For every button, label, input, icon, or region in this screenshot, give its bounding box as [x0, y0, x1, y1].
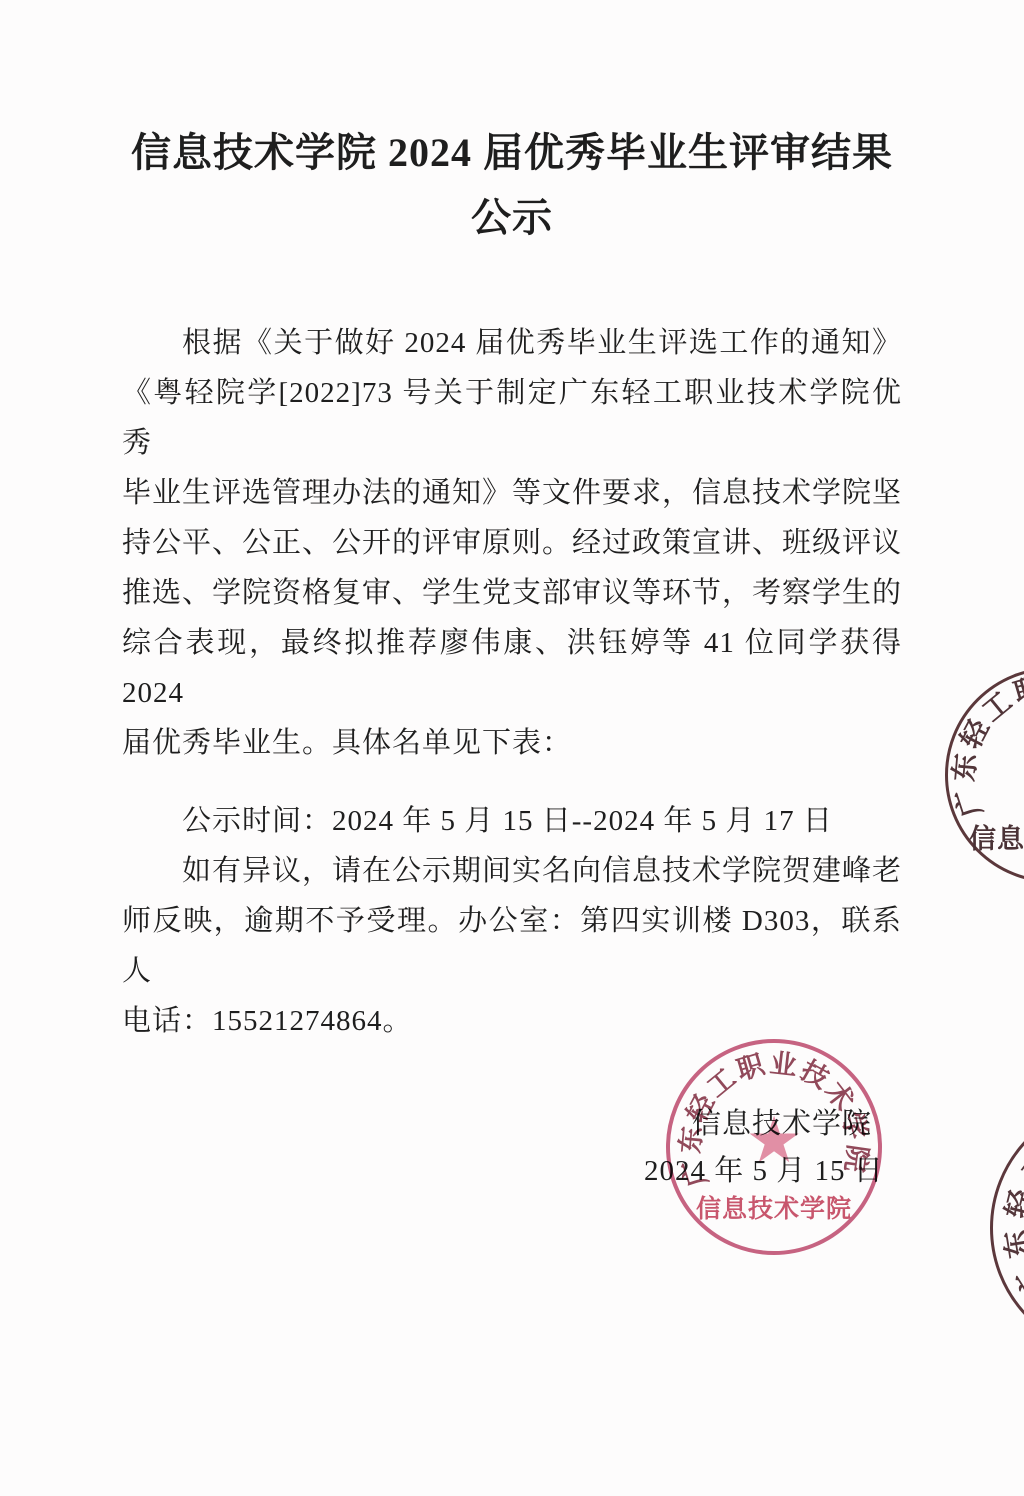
body-line: 届优秀毕业生。具体名单见下表：: [122, 718, 902, 768]
publicity-period: 公示时间：2024 年 5 月 15 日--2024 年 5 月 17 日: [122, 796, 902, 846]
partial-seal-right: 广东轻工职业技术学院 ★ 信息技术学院: [945, 667, 1024, 883]
body-line: 持公平、公正、公开的评审原则。经过政策宣讲、班级评议: [122, 518, 902, 568]
seal-inner-label: 信息技术学院: [993, 1283, 1024, 1322]
page-title: 信息技术学院 2024 届优秀毕业生评审结果: [0, 121, 1024, 178]
body-line: 推选、学院资格复审、学生党支部审议等环节，考察学生的: [122, 568, 902, 618]
body-line: 《粤轻院学[2022]73 号关于制定广东轻工职业技术学院优秀: [122, 368, 902, 468]
body-line: 毕业生评选管理办法的通知》等文件要求，信息技术学院坚: [122, 468, 902, 518]
body-line: 电话：15521274864。: [122, 996, 902, 1046]
body-line: 根据《关于做好 2024 届优秀毕业生评选工作的通知》: [122, 318, 902, 368]
body-line: 师反映，逾期不予受理。办公室：第四实训楼 D303，联系人: [122, 896, 902, 996]
document-page: 信息技术学院 2024 届优秀毕业生评审结果 公示 根据《关于做好 2024 届…: [0, 0, 1024, 1496]
body-line: 公示时间：2024 年 5 月 15 日--2024 年 5 月 17 日: [122, 796, 902, 846]
main-paragraph: 根据《关于做好 2024 届优秀毕业生评选工作的通知》 《粤轻院学[2022]7…: [122, 318, 902, 768]
partial-seal-bottom-right: 广东轻工职业技术学院 ★ 信息技术学院: [990, 1100, 1024, 1356]
body-line: 综合表现，最终拟推荐廖伟康、洪钰婷等 41 位同学获得 2024: [122, 618, 902, 718]
page-title-line2: 公示: [0, 186, 1024, 243]
body-line: 如有异议，请在公示期间实名向信息技术学院贺建峰老: [122, 846, 902, 896]
official-seal: 广东轻工职业技术学院 ★ 信息技术学院: [666, 1039, 882, 1255]
seal-inner-label: 信息技术学院: [948, 817, 1024, 856]
objection-note: 如有异议，请在公示期间实名向信息技术学院贺建峰老 师反映，逾期不予受理。办公室：…: [122, 846, 902, 1046]
seal-inner-label: 信息技术学院: [670, 1189, 878, 1225]
